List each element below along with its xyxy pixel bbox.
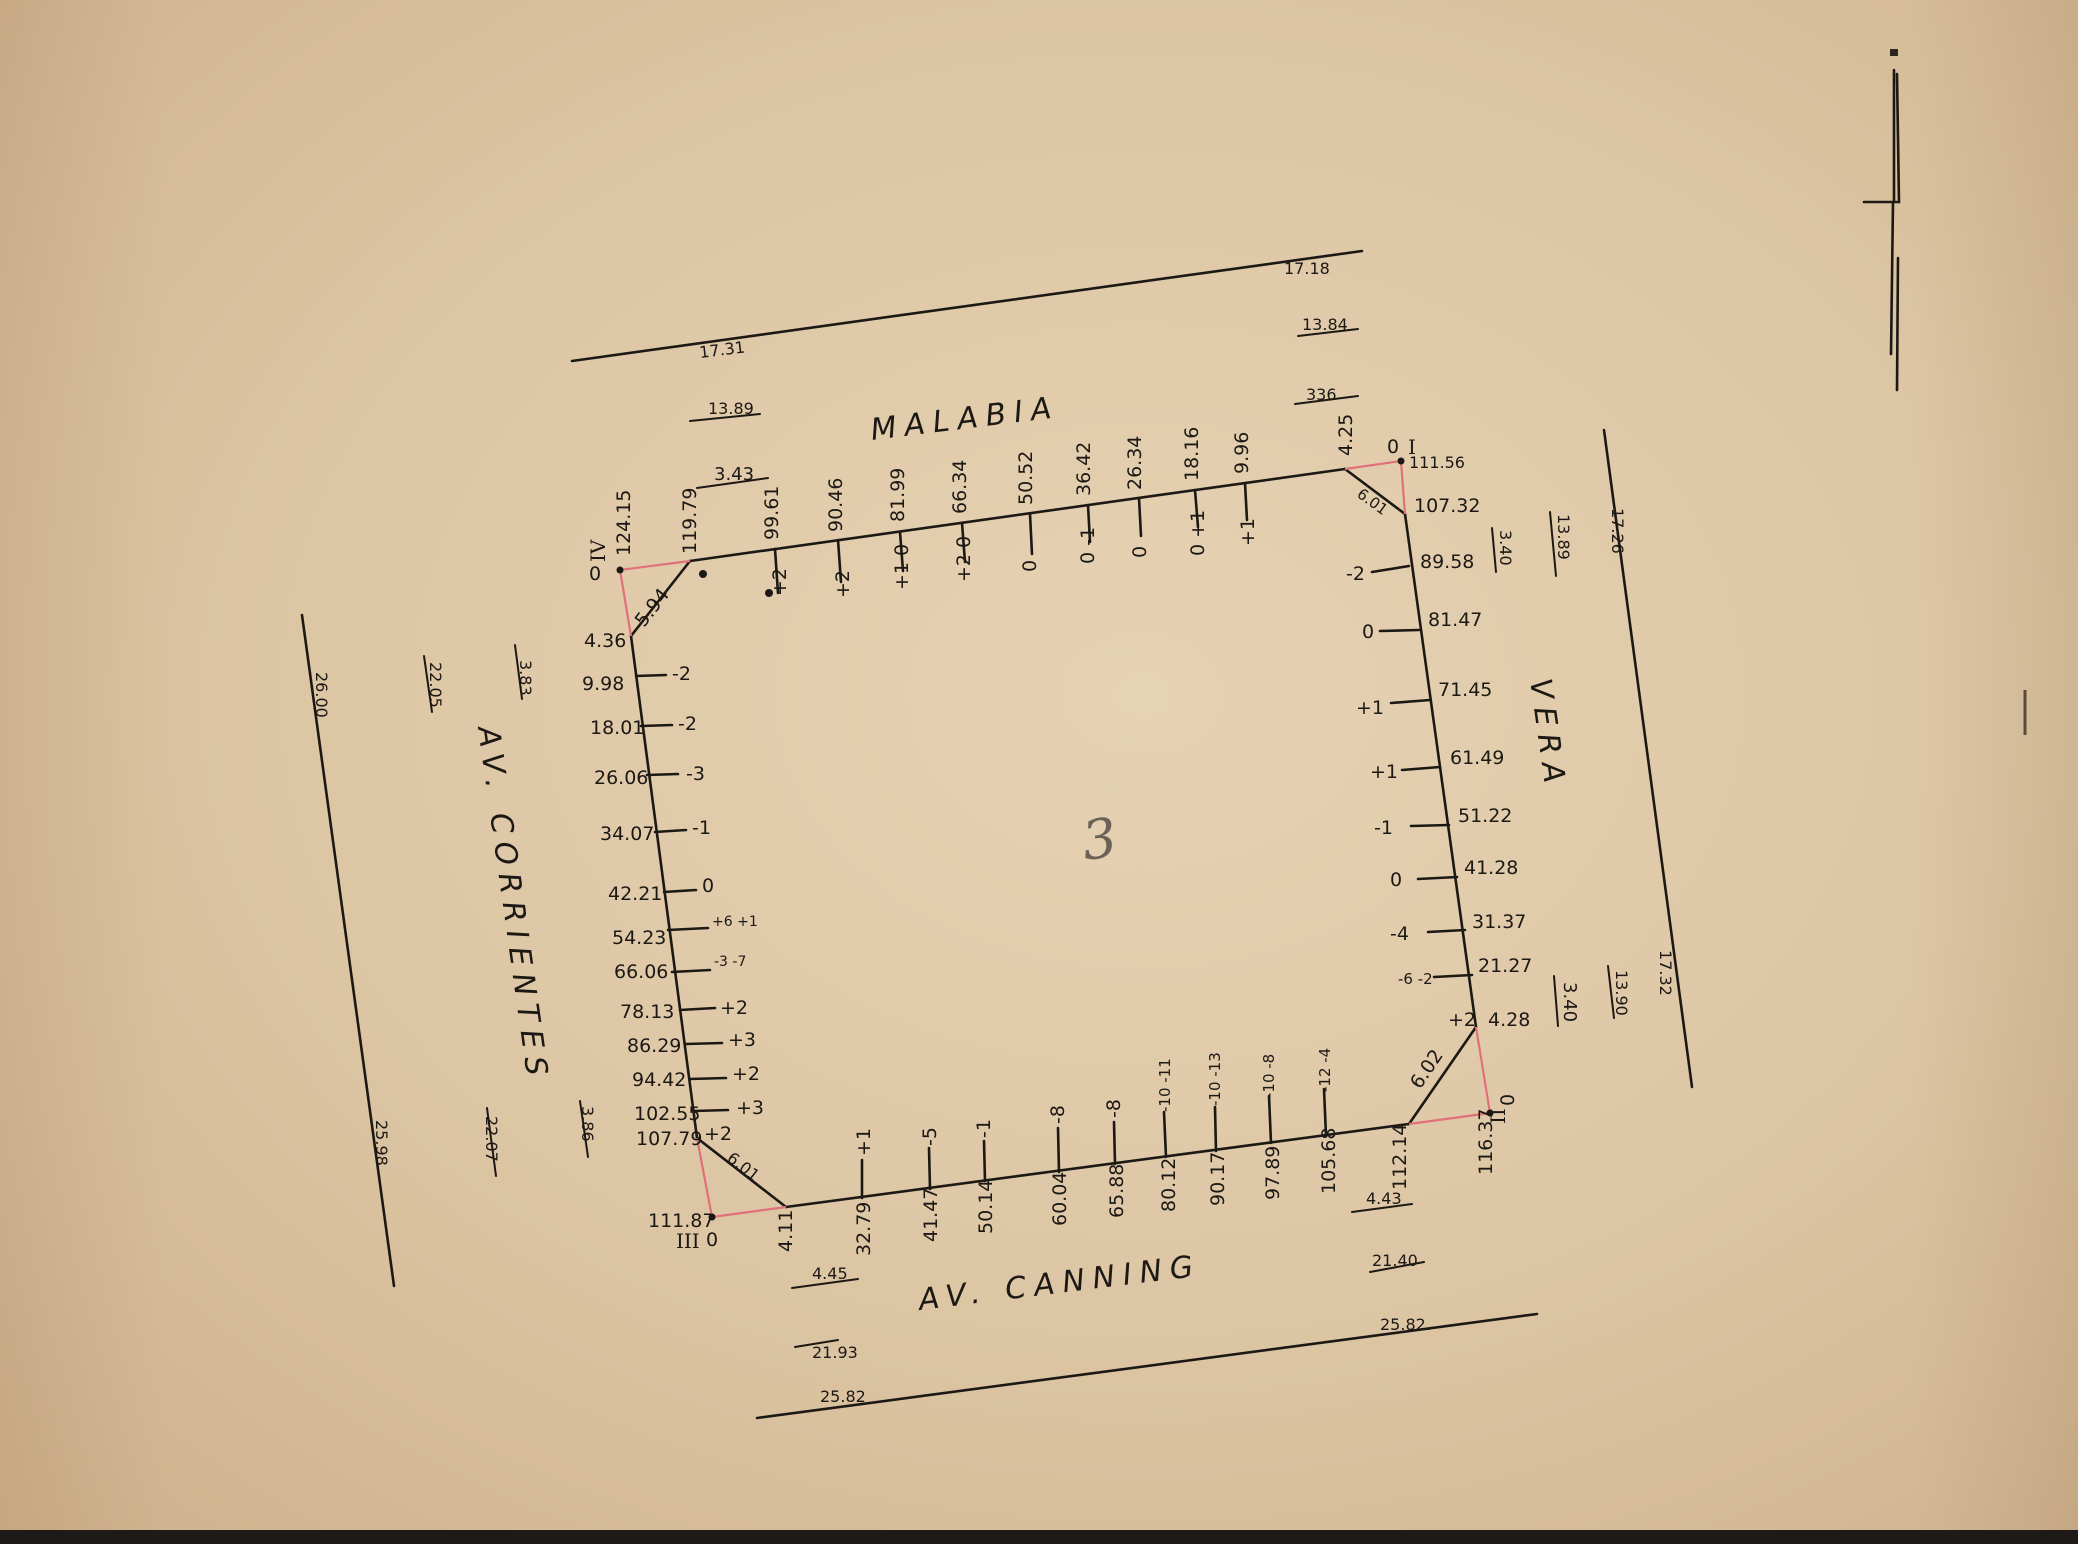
svg-text:66.34: 66.34 — [949, 460, 971, 514]
street-name-west: AV. CORRIENTES — [470, 722, 555, 1085]
svg-text:25.82.: 25.82. — [1380, 1315, 1431, 1334]
svg-text:-5: -5 — [919, 1127, 941, 1146]
chamfer-ne-length: 6.01 — [1354, 485, 1392, 519]
svg-text:26.34: 26.34 — [1124, 436, 1146, 490]
svg-text:17.32: 17.32 — [1656, 950, 1675, 996]
svg-text:-2: -2 — [678, 713, 697, 735]
svg-text:18.01: 18.01 — [590, 717, 644, 739]
svg-text:+1: +1 — [1356, 697, 1384, 719]
svg-text:102.55: 102.55 — [634, 1103, 700, 1125]
north-labels: 99.61 90.46 81.99 66.34 50.52 36.42 26.3… — [761, 427, 1259, 598]
svg-text:80.12: 80.12 — [1158, 1158, 1180, 1212]
svg-text:111.56: 111.56 — [1409, 453, 1465, 472]
svg-text:III: III — [676, 1229, 700, 1253]
svg-text:13.89: 13.89 — [1554, 514, 1573, 560]
svg-text:-2: -2 — [672, 663, 691, 685]
svg-text:-1: -1 — [692, 817, 711, 839]
svg-text:IV: IV — [586, 539, 610, 562]
svg-text:50.14: 50.14 — [975, 1180, 997, 1234]
east-street-widths: 17.26 17.32 13.89 13.90 3.40 3.40 — [1492, 508, 1675, 1026]
svg-text:81.99: 81.99 — [887, 468, 909, 522]
south-labels: 32.79 41.47 50.14 60.04 65.88 80.12 90.1… — [853, 1048, 1340, 1256]
svg-text:41.28: 41.28 — [1464, 857, 1518, 879]
west-labels: 9.98 18.01 26.06 34.07 42.21 54.23 66.06… — [582, 663, 764, 1125]
chamfer-se-start: 4.28 — [1488, 1009, 1530, 1031]
svg-text:54.23: 54.23 — [612, 927, 666, 949]
svg-text:61.49: 61.49 — [1450, 747, 1504, 769]
svg-text:0: 0 — [1019, 560, 1041, 572]
svg-text:89.58: 89.58 — [1420, 551, 1474, 573]
block-number: 3 — [1078, 806, 1121, 873]
svg-text:0: 0 — [1387, 436, 1399, 458]
svg-text:90.17: 90.17 — [1207, 1152, 1229, 1206]
svg-text:-10 -13: -10 -13 — [1206, 1052, 1224, 1106]
chamfer-nw-start: 119.79 — [679, 488, 701, 554]
svg-text:+1: +1 — [1370, 761, 1398, 783]
chamfer-sw-level: +2 — [704, 1123, 732, 1145]
svg-text:105.68: 105.68 — [1318, 1128, 1340, 1194]
svg-text:-10 -11: -10 -11 — [1156, 1058, 1174, 1112]
svg-text:+1: +1 — [853, 1128, 875, 1156]
svg-text:+3: +3 — [728, 1029, 756, 1051]
svg-text:111.87: 111.87 — [648, 1210, 714, 1232]
svg-text:0: 0 — [1129, 546, 1151, 558]
svg-text:0: 0 — [702, 875, 714, 897]
chamfer-se-level: +2 — [1448, 1009, 1476, 1031]
corner-I: I 0 111.56 — [1387, 435, 1465, 472]
svg-text:+2: +2 — [769, 568, 791, 596]
svg-text:-12 -4: -12 -4 — [1316, 1048, 1334, 1092]
svg-text:21.27: 21.27 — [1478, 955, 1532, 977]
svg-text:60.04: 60.04 — [1049, 1172, 1071, 1226]
svg-text:+1 0: +1 0 — [891, 544, 913, 590]
south-street-widths: 25.82 25.82. 21.93 21.40 4.45 4.43 — [792, 1189, 1431, 1406]
svg-text:17.18: 17.18 — [1284, 259, 1330, 278]
corner-III: III 0 111.87 — [648, 1210, 718, 1253]
svg-text:86.29: 86.29 — [627, 1035, 681, 1057]
svg-text:-1: -1 — [973, 1119, 995, 1138]
svg-text:81.47: 81.47 — [1428, 609, 1482, 631]
north-arrow-icon — [1864, 49, 1899, 390]
svg-text:31.37: 31.37 — [1472, 911, 1526, 933]
svg-text:51.22: 51.22 — [1458, 805, 1512, 827]
svg-text:65.88: 65.88 — [1106, 1164, 1128, 1218]
svg-text:25.82: 25.82 — [820, 1387, 866, 1406]
corner-II: II 0 116.37 — [1475, 1094, 1519, 1175]
chamfer-ne-end: 107.32 — [1414, 495, 1480, 517]
svg-text:9.98: 9.98 — [582, 673, 624, 695]
svg-text:78.13: 78.13 — [620, 1001, 674, 1023]
svg-text:42.21: 42.21 — [608, 883, 662, 905]
svg-text:+3: +3 — [736, 1097, 764, 1119]
svg-text:-10 -8: -10 -8 — [1260, 1054, 1278, 1098]
chamfer-se-end: 112.14 — [1389, 1124, 1411, 1190]
street-name-north: MALABIA — [869, 390, 1061, 448]
svg-text:+2: +2 — [832, 570, 854, 598]
svg-text:+2: +2 — [732, 1063, 760, 1085]
chamfer-sw-end: 4.11 — [775, 1210, 797, 1252]
svg-text:-8: -8 — [1103, 1099, 1125, 1118]
svg-text:90.46: 90.46 — [825, 478, 847, 532]
svg-text:36.42: 36.42 — [1073, 442, 1095, 496]
svg-text:9.96: 9.96 — [1231, 432, 1253, 474]
street-name-east: VERA — [1522, 676, 1572, 793]
svg-text:3.40: 3.40 — [1559, 982, 1580, 1022]
svg-text:71.45: 71.45 — [1438, 679, 1492, 701]
survey-sheet: MALABIA VERA AV. CANNING AV. CORRIENTES … — [0, 0, 2078, 1544]
chamfer-se-length: 6.02 — [1406, 1045, 1448, 1092]
svg-text:124.15: 124.15 — [613, 490, 635, 556]
svg-text:0 +1: 0 +1 — [1187, 510, 1209, 556]
svg-text:-2: -2 — [1346, 563, 1365, 585]
svg-text:+1: +1 — [1237, 518, 1259, 546]
svg-text:3.40: 3.40 — [1496, 530, 1515, 566]
svg-text:18.16: 18.16 — [1181, 427, 1203, 481]
svg-text:0 -1: 0 -1 — [1077, 527, 1099, 564]
svg-text:-8: -8 — [1047, 1105, 1069, 1124]
svg-text:94.42: 94.42 — [632, 1069, 686, 1091]
svg-text:26.06: 26.06 — [594, 767, 648, 789]
svg-text:25.98: 25.98 — [372, 1120, 391, 1166]
svg-text:0: 0 — [1390, 869, 1402, 891]
svg-text:-1: -1 — [1374, 817, 1393, 839]
svg-text:+2: +2 — [720, 997, 748, 1019]
svg-text:32.79: 32.79 — [853, 1202, 875, 1256]
svg-text:116.37: 116.37 — [1475, 1109, 1497, 1175]
chamfer-ne-start: 4.25 — [1335, 414, 1357, 456]
chamfer-sw-length: 6.01 — [724, 1148, 764, 1185]
corner-IV: IV 0 124.15 — [586, 490, 635, 585]
svg-text:97.89: 97.89 — [1262, 1146, 1284, 1200]
svg-text:13.90: 13.90 — [1612, 970, 1631, 1016]
west-street-widths: 26.00 25.98 22.05 22.07 3.83 3.86 — [312, 645, 597, 1176]
svg-text:34.07: 34.07 — [600, 823, 654, 845]
svg-text:-3 -7: -3 -7 — [714, 954, 746, 970]
svg-text:66.06: 66.06 — [614, 961, 668, 983]
svg-text:-4: -4 — [1390, 923, 1409, 945]
svg-text:-3: -3 — [686, 763, 705, 785]
svg-text:41.47: 41.47 — [920, 1188, 942, 1242]
chamfer-nw-end: 4.36 — [584, 630, 626, 652]
svg-text:+2 0: +2 0 — [953, 536, 975, 582]
svg-text:99.61: 99.61 — [761, 486, 783, 540]
chamfer-sw-start: 107.79 — [636, 1128, 702, 1150]
svg-text:17.26: 17.26 — [1608, 508, 1627, 554]
svg-text:0: 0 — [1362, 621, 1374, 643]
svg-text:0: 0 — [706, 1229, 718, 1251]
survey-drawing: MALABIA VERA AV. CANNING AV. CORRIENTES … — [0, 0, 2078, 1544]
svg-text:50.52: 50.52 — [1015, 451, 1037, 505]
svg-text:0: 0 — [1497, 1094, 1519, 1106]
svg-text:+6 +1: +6 +1 — [712, 914, 758, 930]
svg-text:0: 0 — [589, 563, 601, 585]
svg-text:-6 -2: -6 -2 — [1398, 970, 1433, 988]
svg-text:21.93: 21.93 — [812, 1343, 858, 1362]
street-name-south: AV. CANNING — [915, 1249, 1203, 1319]
svg-text:26.00: 26.00 — [312, 672, 331, 718]
